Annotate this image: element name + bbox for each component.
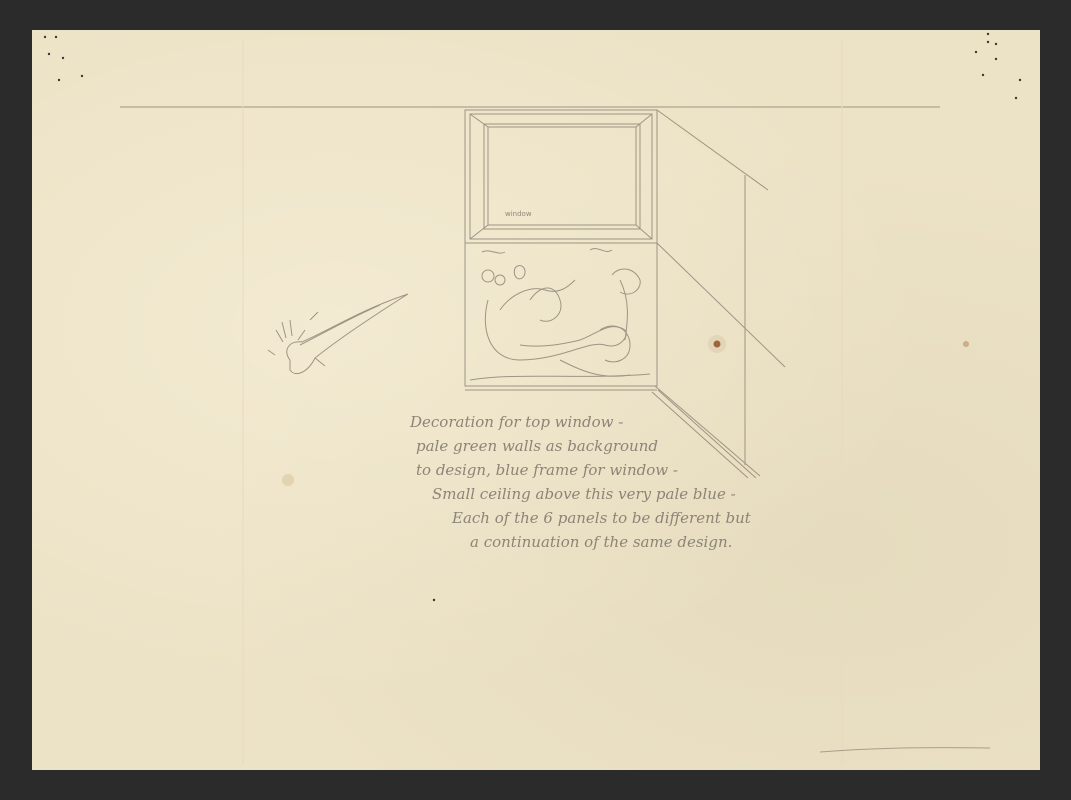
window-label: window (505, 210, 532, 218)
sketch-drawing (0, 0, 1071, 800)
note-line: to design, blue frame for window - (416, 458, 751, 482)
note-line: Decoration for top window - (410, 410, 751, 434)
note-line: a continuation of the same design. (470, 530, 751, 554)
handwritten-notes: Decoration for top window - pale green w… (410, 410, 751, 554)
note-line: pale green walls as background (416, 434, 751, 458)
note-line: Each of the 6 panels to be different but (452, 506, 751, 530)
note-line: Small ceiling above this very pale blue … (432, 482, 751, 506)
